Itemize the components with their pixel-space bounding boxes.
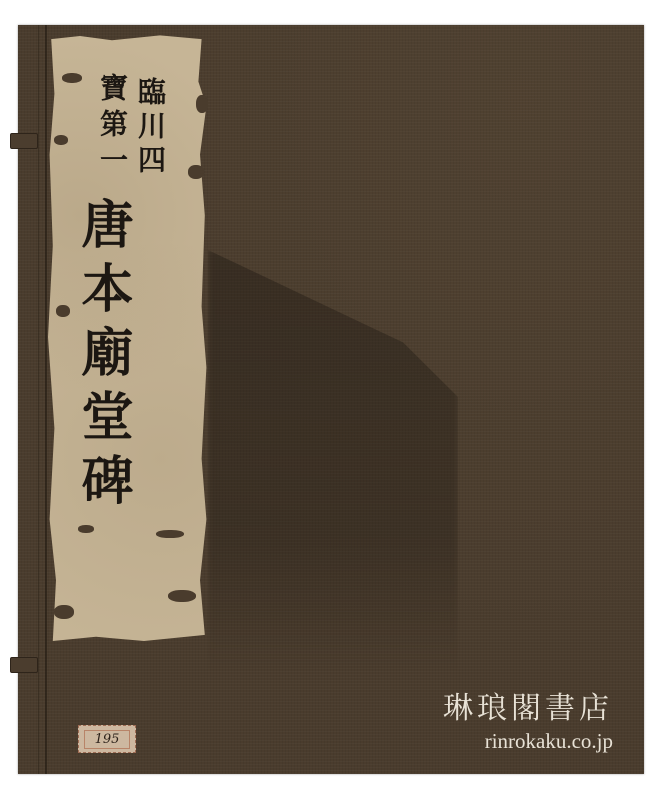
label-stain (156, 530, 184, 538)
label-stain (78, 525, 94, 533)
label-stain (54, 605, 74, 619)
book-cover: 臨川四 寶第一 唐本廟堂碑 195 (18, 25, 644, 774)
binding-tie-top (10, 133, 38, 149)
shop-watermark: 琳琅閣書店 rinrokaku.co.jp (443, 683, 613, 754)
binding-tie-bottom (10, 657, 38, 673)
cover-shadow (208, 250, 458, 670)
watermark-url: rinrokaku.co.jp (443, 729, 613, 754)
spine-binding-line (38, 25, 39, 774)
label-stain (168, 590, 196, 602)
label-stain (196, 95, 208, 113)
label-stain (62, 73, 82, 83)
spine-binding-line (45, 25, 47, 774)
label-subtitle-right: 臨川四 (130, 77, 170, 179)
label-subtitle-left: 寶第一 (92, 73, 132, 181)
label-stain (188, 165, 204, 179)
watermark-shop-name: 琳琅閣書店 (443, 683, 613, 727)
label-main-title: 唐本廟堂碑 (65, 197, 140, 517)
label-stain (54, 135, 68, 145)
catalog-number: 195 (84, 730, 131, 749)
catalog-number-tag: 195 (78, 725, 136, 753)
